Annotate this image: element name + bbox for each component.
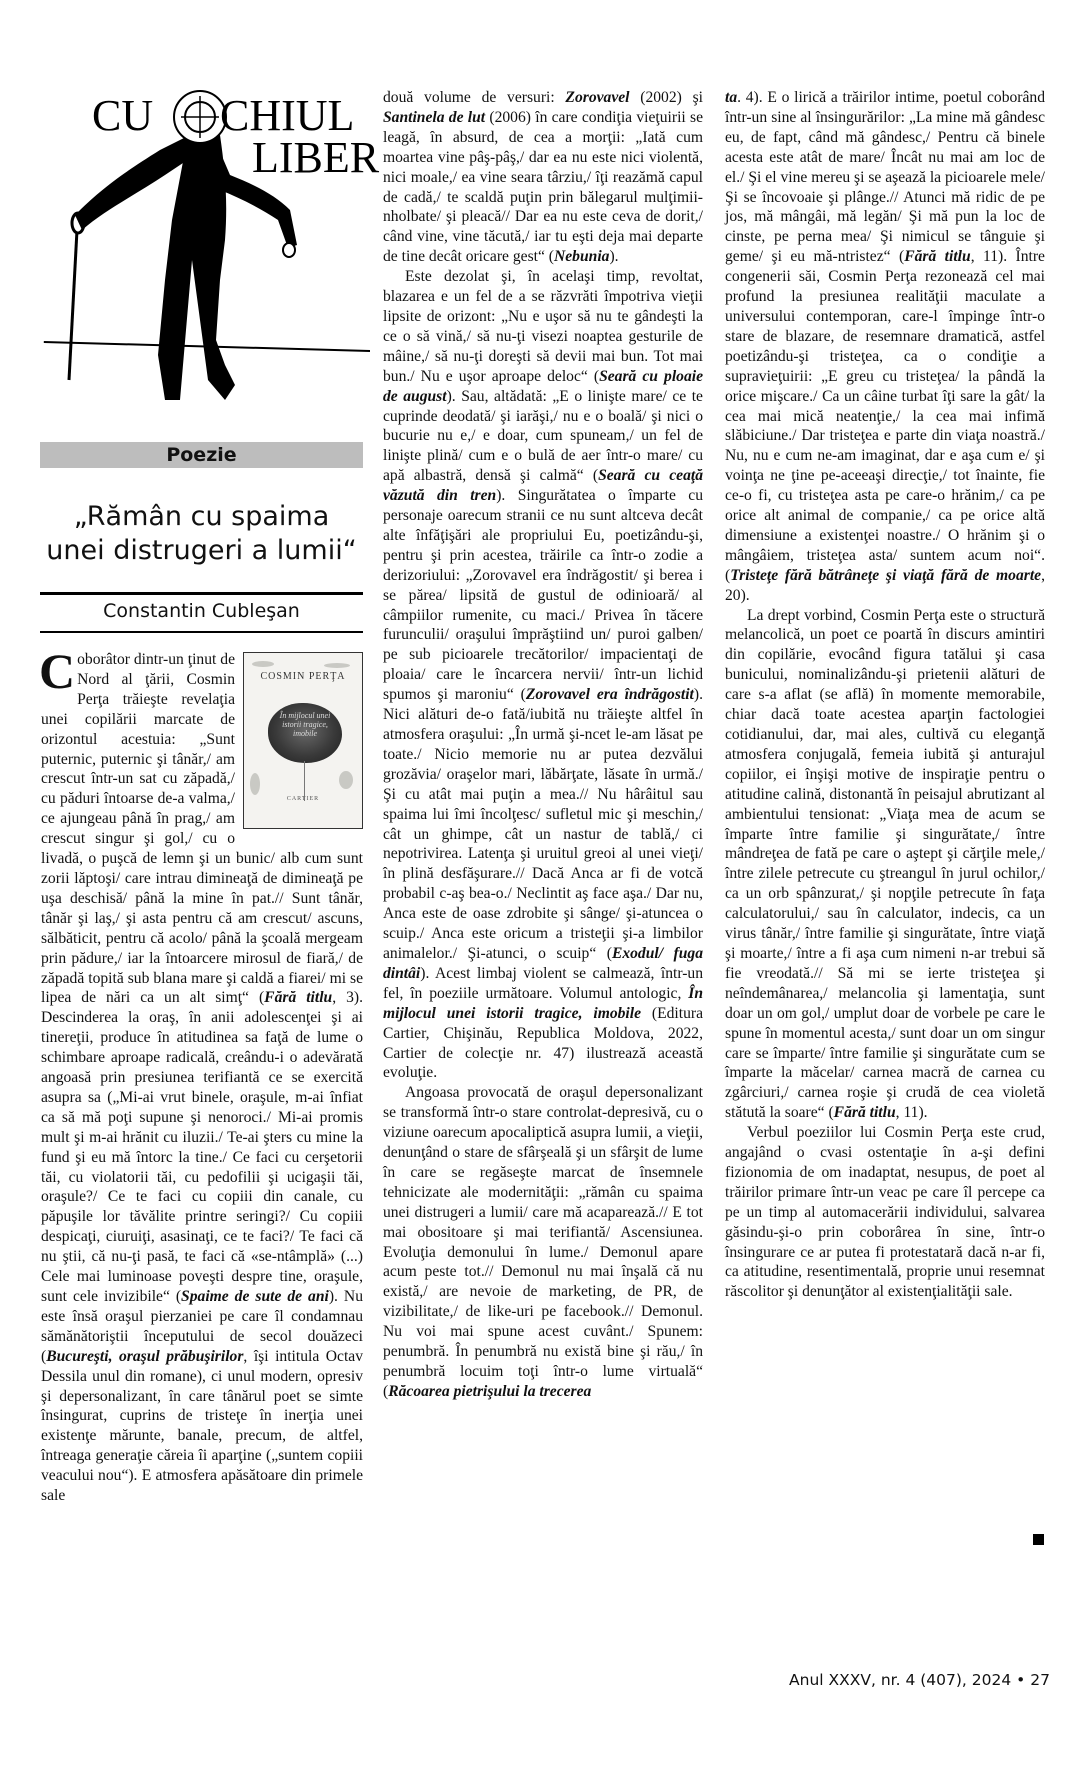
drop-cap: C (39, 651, 75, 691)
title-line-2: unei distrugeri a lumii“ (40, 534, 363, 568)
book-title: În mijlocul unei istorii tragice, imobil… (270, 711, 340, 738)
text-column-3: ta. 4). E o lirică a trăirilor intime, p… (725, 88, 1045, 1302)
page-number: 27 (1030, 1671, 1050, 1689)
page-footer: Anul XXXV, nr. 4 (407), 2024 • 27 (750, 1671, 1050, 1689)
logo-word-liber: LIBER (252, 136, 379, 180)
paragraph: Verbul poeziilor lui Cosmin Perţa este c… (725, 1123, 1045, 1302)
book-author: COSMIN PERŢA (244, 671, 362, 683)
paragraph: două volume de versuri: Zorovavel (2002)… (383, 88, 703, 267)
author-top-rule (40, 592, 363, 595)
footer-separator: • (1016, 1671, 1025, 1689)
paragraph: La drept vorbind, Cosmin Perţa este o st… (725, 606, 1045, 1124)
text-column-2: două volume de versuri: Zorovavel (2002)… (383, 88, 703, 1402)
article-author: Constantin Cubleşan (40, 597, 363, 625)
logo-word-cu: CU (92, 94, 153, 138)
paragraph: Este dezolat şi, în acelaşi timp, revolt… (383, 267, 703, 1083)
text-column-1: COSMIN PERŢA În mijlocul unei istorii tr… (41, 650, 363, 1506)
end-of-article-square-icon (1033, 1534, 1044, 1545)
logo-word-chiul: CHIUL (220, 94, 354, 138)
rubric-logo: CU CHIUL LIBER (40, 80, 370, 400)
article-title: „Rămân cu spaima unei distrugeri a lumii… (40, 500, 363, 568)
paragraph: ta. 4). E o lirică a trăirilor intime, p… (725, 88, 1045, 606)
paragraph: Angoasa provocată de oraşul depersonaliz… (383, 1083, 703, 1402)
book-publisher: CARTIER (244, 790, 362, 810)
book-cover-image: COSMIN PERŢA În mijlocul unei istorii tr… (243, 652, 363, 829)
title-line-1: „Rămân cu spaima (40, 500, 363, 534)
section-label: Poezie (40, 442, 363, 468)
author-bottom-rule (40, 631, 363, 633)
issue-info: Anul XXXV, nr. 4 (407), 2024 (789, 1671, 1011, 1689)
